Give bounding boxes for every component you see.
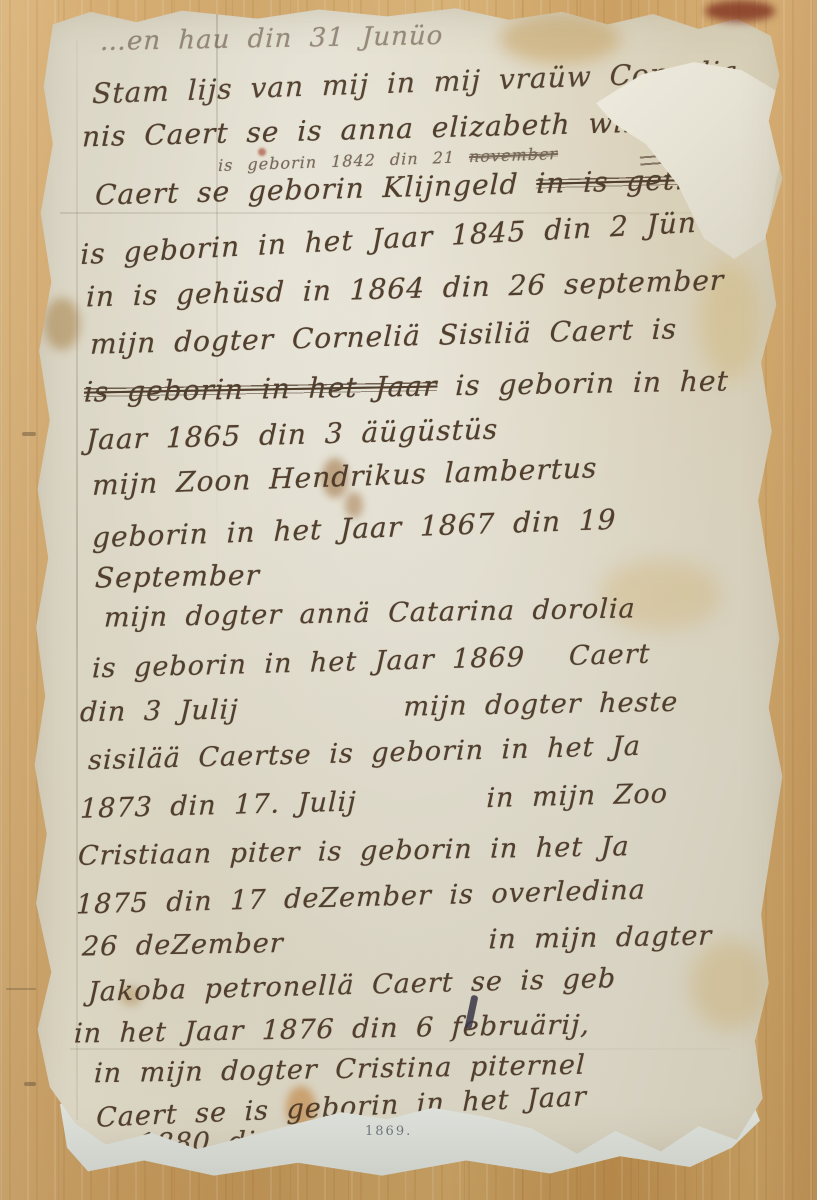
text-segment: in mijn dogter Cristina piternel — [93, 1050, 586, 1090]
text-segment: mijn Zoon Hendrikus lambertus — [92, 451, 598, 502]
handwritten-line: geborin in het Jaar 1867 din 19 — [92, 503, 617, 554]
handwritten-line: mijn dogter annä Catarina dorolia — [103, 593, 636, 633]
text-segment: is geborin in het Jaar 1845 din 2 Jün — [80, 206, 696, 271]
struck-text-segment: november — [469, 144, 558, 166]
spacing-gap — [283, 948, 488, 952]
text-segment: in mijn dagter — [488, 920, 713, 955]
text-segment: September — [94, 559, 260, 595]
text-segment: …en hau din 31 Junüo — [100, 21, 444, 57]
handwritten-line: is geborin in het Jaar 1845 din 2 Jün — [80, 206, 696, 271]
photo-of-manuscript: 1869. …en hau din 31 JunüoStam lijs van … — [0, 0, 817, 1200]
handwritten-line: din 3 Julijmijn dogter heste — [80, 687, 679, 728]
handwritten-line: 26 deZemberin mijn dagter — [82, 920, 713, 962]
handwritten-line: Caert se geborin Klijngeld in is getrüwd — [95, 161, 753, 211]
torn-corner-fragment — [705, 0, 775, 22]
wood-seam-line — [6, 988, 36, 990]
text-segment: mijn dogter heste — [403, 687, 679, 723]
wood-knot-mark — [22, 432, 36, 436]
manuscript-page: …en hau din 31 JunüoStam lijs van mij in… — [30, 6, 790, 1156]
handwritten-line: Jaar 1865 din 3 äügüstüs — [86, 413, 499, 457]
handwritten-line: is geborin in het Jaar 1869Caert — [92, 639, 651, 685]
handwritten-line: …en hau din 31 Junüo — [100, 21, 444, 57]
handwritten-line: Cristiaan piter is geborin in het Ja — [78, 831, 631, 872]
text-segment: Jakoba petronellä Caert se is geb — [88, 963, 617, 1008]
spacing-gap — [356, 807, 486, 810]
text-segment: din 3 Julij — [80, 694, 240, 728]
text-segment: mijn dogter annä Catarina dorolia — [103, 593, 636, 633]
handwritten-line: in het Jaar 1876 din 6 februärij, — [73, 1009, 590, 1049]
text-segment: sisilää Caertse is geborin in het Ja — [88, 731, 642, 777]
handwritten-line: 1873 din 17. Julijin mijn Zoo — [80, 778, 669, 824]
text-segment: 1873 din 17. Julij — [80, 786, 357, 824]
text-segment: mijn dogter Corneliä Sisiliä Caert is — [90, 312, 678, 360]
handwritten-line: mijn dogter Corneliä Sisiliä Caert is — [90, 312, 678, 360]
text-segment: in het Jaar 1876 din 6 februärij, — [73, 1009, 590, 1049]
handwritten-line: September — [94, 559, 260, 595]
text-segment: is geborin in het — [437, 364, 730, 402]
printed-page-number: 1869. — [365, 1124, 412, 1139]
text-segment: 26 deZember — [82, 928, 285, 963]
handwritten-line: in mijn dogter Cristina piternel — [93, 1050, 586, 1090]
struck-text-segment: is geborin in het Jaar — [83, 369, 438, 408]
handwritten-line: Jakoba petronellä Caert se is geb — [88, 963, 617, 1008]
spacing-gap — [238, 716, 403, 719]
wood-knot-mark — [24, 1082, 36, 1086]
handwritten-line: is geborin in het Jaar is geborin in het — [83, 364, 729, 408]
text-segment: geborin in het Jaar 1867 din 19 — [92, 503, 617, 554]
handwritten-line: 1875 din 17 deZember is overledina — [76, 875, 647, 921]
spacing-gap — [525, 665, 569, 666]
handwritten-line: mijn Zoon Hendrikus lambertus — [92, 451, 598, 502]
text-segment: Caert — [569, 639, 651, 672]
handwritten-line: sisilää Caertse is geborin in het Ja — [88, 731, 642, 777]
text-segment: in mijn Zoo — [486, 778, 668, 814]
text-segment: Caert se geborin Klijngeld — [95, 167, 537, 212]
text-segment: Jaar 1865 din 3 äügüstüs — [86, 413, 499, 457]
text-segment: Cristiaan piter is geborin in het Ja — [78, 831, 631, 872]
text-segment: 1875 din 17 deZember is overledina — [76, 875, 647, 921]
text-segment: is geborin in het Jaar 1869 — [92, 642, 526, 684]
text-segment: in is gehüsd in 1864 din 26 september — [86, 264, 725, 314]
handwritten-line: in is gehüsd in 1864 din 26 september — [86, 264, 725, 314]
